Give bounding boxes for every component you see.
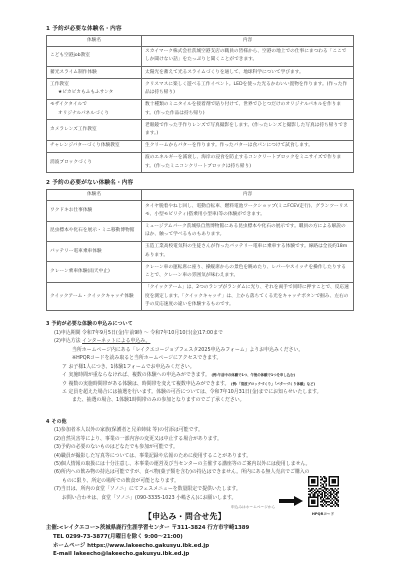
- application-section: 3 予約が必要な体験の申込みについて (1)申込期間 令和7年9月5日(金)午前…: [46, 320, 354, 404]
- contact-block: 主催:<レイクエコー>茨城県鹿行生涯学習センター 〒311-3824 行方市宇崎…: [46, 524, 354, 559]
- experience-name: モザイクタイルで: [50, 101, 138, 109]
- table-header-row: 体験名 内容: [47, 35, 354, 46]
- experience-desc: クリスマスに楽しく遊べる工作イベント。LEDを使った光るかわいい置物を作ります。…: [142, 79, 354, 99]
- other-note: (2)自然災害等により、事業の一部内容の変更又は中止する場合があります。: [46, 435, 354, 443]
- qr-code-icon: [305, 476, 341, 511]
- table-row: 工作教室★ピカピカもふもふサンタ クリスマスに楽しく遊べる工作イベント。LEDを…: [47, 79, 354, 99]
- note-b: イ 実施時間が重ならなければ、複数の体験への申込みができます。 (例:午前中の体…: [46, 371, 354, 379]
- section3-title: 3 予約が必要な体験の申込みについて: [46, 320, 354, 328]
- experience-name: 工作教室: [50, 81, 138, 89]
- section1-title: 1 予約が必要な体験名・内容: [46, 24, 354, 32]
- other-note: (3)予約の必要のないものはどなたでも参加が可能です。: [46, 443, 354, 451]
- experience-name: クレーン乗車体験(雨天中止): [47, 262, 142, 282]
- section4-title: 4 その他: [46, 418, 354, 426]
- experience-name: 昆虫標本や化石を展示・ミニ移動博物館: [47, 221, 142, 241]
- no-reservation-table: 体験名 内容 ワクドキお仕事体験 タイヤ脱着やねじ回し、電動自転車、燃料電池ワー…: [46, 189, 354, 312]
- experience-name: 消波ブロックづくり: [50, 159, 138, 167]
- other-note: (5)個人情報の取扱には十分注意し、本事業の運営及び当センターの主催する講座等の…: [46, 460, 354, 468]
- table-row: カメラレンズ工作教室 老眼鏡で作った手作りレンズで写真撮影をします。(作ったレン…: [47, 120, 354, 140]
- experience-desc: 「クイックアーム」は、2つのランプがランダムに光り、それを両手で同時に押すことで…: [142, 282, 354, 311]
- experience-desc: 波のエネルギーを減衰し、海岸の浸食を防止するコンクリートブロックをミニサイズで作…: [142, 152, 354, 172]
- table-row: 蓄光スライム制作体験 太陽光を蓄えて光るスライムづくりを通して、地球科学について…: [47, 67, 354, 79]
- homepage-line: ホームページ https://www.lakeecho.gakusyu.ibk.…: [46, 542, 354, 551]
- table-row: 昆虫標本や化石を展示・ミニ移動博物館 ミュージアムパーク茨城県自然博物館にある昆…: [47, 221, 354, 241]
- note-c-example: (例:「消波ブロックづくり」「バターづくり体験」など): [231, 382, 315, 386]
- organizer-line: 主催:<レイクエコー>茨城県鹿行生涯学習センター 〒311-3824 行方市宇崎…: [46, 524, 354, 533]
- application-form-note: 当所ホームページ内にある「レイクエコージョブフェスタ2025申込みフォーム」より…: [46, 346, 354, 354]
- table-row: クレーン乗車体験(雨天中止) クレーン車の運転席に座り、操縦席からの景色を眺めた…: [47, 262, 354, 282]
- experience-desc: 生クリームからバターを作ります。作ったバターは食パンにつけて試食します。: [142, 140, 354, 152]
- experience-desc: ミュージアムパーク茨城県自然博物館にある昆虫標本や化石の展示です。職員の方による…: [142, 221, 354, 241]
- note-d-continued: また、抽選の場合、1体験1時間帯のみの参加となりますのでご了承ください。: [46, 396, 354, 404]
- experience-desc: 老眼鏡で作った手作りレンズで写真撮影をします。(作ったレンズと撮影した写真は持ち…: [142, 120, 354, 140]
- contact-heading: 【申込み・問合せ先】: [46, 511, 324, 522]
- note-b-example: (例:午前中の体験で1つ、午後の体験で1つを申し込む): [211, 373, 295, 377]
- column-header-name: 体験名: [47, 189, 142, 200]
- arrow-right-icon: [279, 491, 303, 501]
- table-header-row: 体験名 内容: [47, 189, 354, 200]
- experience-desc: 数十種類のミニタイルを接着剤で貼り付けて、世界でひとつだけのオリジナルパネルを作…: [142, 99, 354, 119]
- note-c: ウ 複数の実施時間帯がある体験は、時間帯を変えて複数申込みができます。 (例:「…: [46, 380, 354, 388]
- experience-desc: スカイマーク株式会社茨城空港支店の職員の皆様から、空港の地上での仕事にまつわる「…: [142, 46, 354, 66]
- experience-name: こども空港job教室: [50, 52, 138, 60]
- table-row: チャレンジバターづくり体験教室 生クリームからバターを作ります。作ったバターは食…: [47, 140, 354, 152]
- table-row: クイックアーム・クイックキャッチ体験 「クイックアーム」は、2つのランプがランダ…: [47, 282, 354, 311]
- other-note: (4)職員が撮影した写真等については、事業記録や広報のために使用することがありま…: [46, 452, 354, 460]
- experience-name: ワクドキお仕事体験: [47, 201, 142, 221]
- reservation-required-table: 体験名 内容 こども空港job教室 スカイマーク株式会社茨城空港支店の職員の皆様…: [46, 35, 354, 174]
- experience-desc: 玉造工業高校電気科の生徒さんが作ったバッテリー電車に乗車する体験です。線路は全長…: [142, 241, 354, 261]
- qr-code-label: HPQRコード: [305, 512, 341, 517]
- table-row: ワクドキお仕事体験 タイヤ脱着やねじ回し、電動自転車、燃料電池ワークショップ(ミ…: [47, 201, 354, 221]
- column-header-desc: 内容: [142, 189, 354, 200]
- other-note: (1)参加者本人以外の家族(保護者と兄弟姉妹 等)の付添は可能です。: [46, 426, 354, 434]
- experience-name: 蓄光スライム制作体験: [50, 69, 138, 77]
- column-header-desc: 内容: [142, 35, 354, 46]
- qr-block: HPQRコード: [305, 476, 341, 517]
- experience-desc: 太陽光を蓄えて光るスライムづくりを通して、地球科学について学びます。: [142, 67, 354, 79]
- table-row: 消波ブロックづくり 波のエネルギーを減衰し、海岸の浸食を防止するコンクリートブロ…: [47, 152, 354, 172]
- tel-line: TEL 0299-73-3877(月曜日を除く 9:00〜21:00): [46, 533, 354, 542]
- experience-name: バッテリー電車乗車体験: [47, 241, 142, 261]
- table-row: バッテリー電車乗車体験 玉造工業高校電気科の生徒さんが作ったバッテリー電車に乗車…: [47, 241, 354, 261]
- apply-from-homepage-note: 申込みはホームページから: [231, 505, 275, 510]
- contact-footer: 【申込み・問合せ先】 主催:<レイクエコー>茨城県鹿行生涯学習センター 〒311…: [46, 511, 354, 559]
- experience-desc: タイヤ脱着やねじ回し、電動自転車、燃料電池ワークショップ(ミニFCEV走行)、グ…: [142, 201, 354, 221]
- table-row: モザイクタイルでオリジナルパネルづくり 数十種類のミニタイルを接着剤で貼り付けて…: [47, 99, 354, 119]
- experience-name: カメラレンズ工作教室: [50, 126, 138, 134]
- experience-name: チャレンジバターづくり体験教室: [50, 142, 138, 150]
- experience-desc: クレーン車の運転席に座り、操縦席からの景色を眺めたり、レバーやスイッチを操作した…: [142, 262, 354, 282]
- column-header-name: 体験名: [47, 35, 142, 46]
- section2-title: 2 予約の必要がない体験名・内容: [46, 178, 354, 186]
- note-d: エ 定員を超えた場合には抽選を行います。体験の可否については、令和7年10月31…: [46, 388, 354, 396]
- experience-name: クイックアーム・クイックキャッチ体験: [47, 282, 142, 311]
- email-line: E-mail lakeecho@lakeecho.gakusyu.ibk.ed.…: [46, 550, 354, 559]
- internet-application-text: インターネットによる申込み。: [82, 338, 150, 344]
- application-period: (1)申込期間 令和7年9月5日(金)午前9時 〜 令和7年10月10日(金)1…: [46, 329, 354, 337]
- qr-access-note: ※HPQRコードを読み取ると当所ホームページにアクセスできます。: [46, 354, 354, 362]
- note-a: ア お子様1人につき、1体験1フォームでお申込みください。: [46, 363, 354, 371]
- table-row: こども空港job教室 スカイマーク株式会社茨城空港支店の職員の皆様から、空港の地…: [47, 46, 354, 66]
- application-method: (2)申込方法 インターネットによる申込み。: [46, 337, 354, 345]
